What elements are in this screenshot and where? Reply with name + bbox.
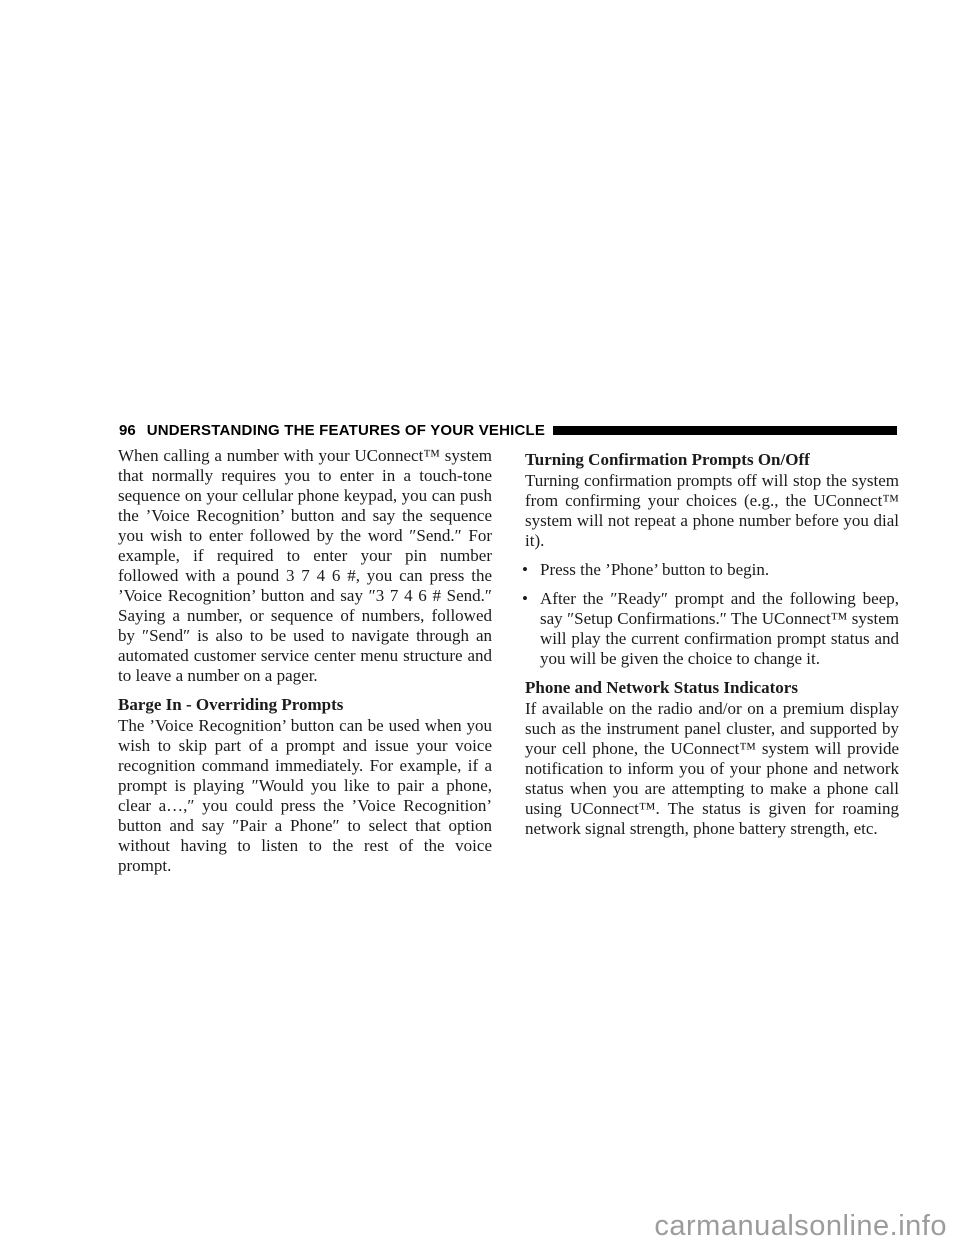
bullet-icon: • [522,560,528,580]
watermark: carmanualsonline.info [654,1212,947,1241]
paragraph-confirmation-prompts: Turning confirmation prompts off will st… [525,471,899,551]
paragraph-uconnect-dialing: When calling a number with your UConnect… [118,446,492,686]
bullet-item-setup-confirmations: • After the ″Ready″ prompt and the follo… [525,589,899,669]
left-column: When calling a number with your UConnect… [118,446,492,876]
paragraph-barge-in: The ’Voice Recognition’ button can be us… [118,716,492,876]
manual-page: 96 UNDERSTANDING THE FEATURES OF YOUR VE… [0,0,960,1242]
heading-status-indicators: Phone and Network Status Indicators [525,678,899,698]
bullet-text-setup-confirmations: After the ″Ready″ prompt and the followi… [540,589,899,668]
heading-barge-in: Barge In - Overriding Prompts [118,695,492,715]
bullet-text-press-phone: Press the ’Phone’ button to begin. [540,560,769,579]
bullet-item-press-phone: • Press the ’Phone’ button to begin. [525,560,899,580]
bullet-icon: • [522,589,528,609]
page-number: 96 [119,422,136,439]
page-header: 96 UNDERSTANDING THE FEATURES OF YOUR VE… [119,422,897,439]
two-column-layout: When calling a number with your UConnect… [118,446,899,876]
right-column: Turning Confirmation Prompts On/Off Turn… [525,446,899,876]
paragraph-status-indicators: If available on the radio and/or on a pr… [525,699,899,839]
header-rule-bar [553,426,897,435]
page-title: UNDERSTANDING THE FEATURES OF YOUR VEHIC… [147,422,545,439]
heading-confirmation-prompts: Turning Confirmation Prompts On/Off [525,450,899,470]
